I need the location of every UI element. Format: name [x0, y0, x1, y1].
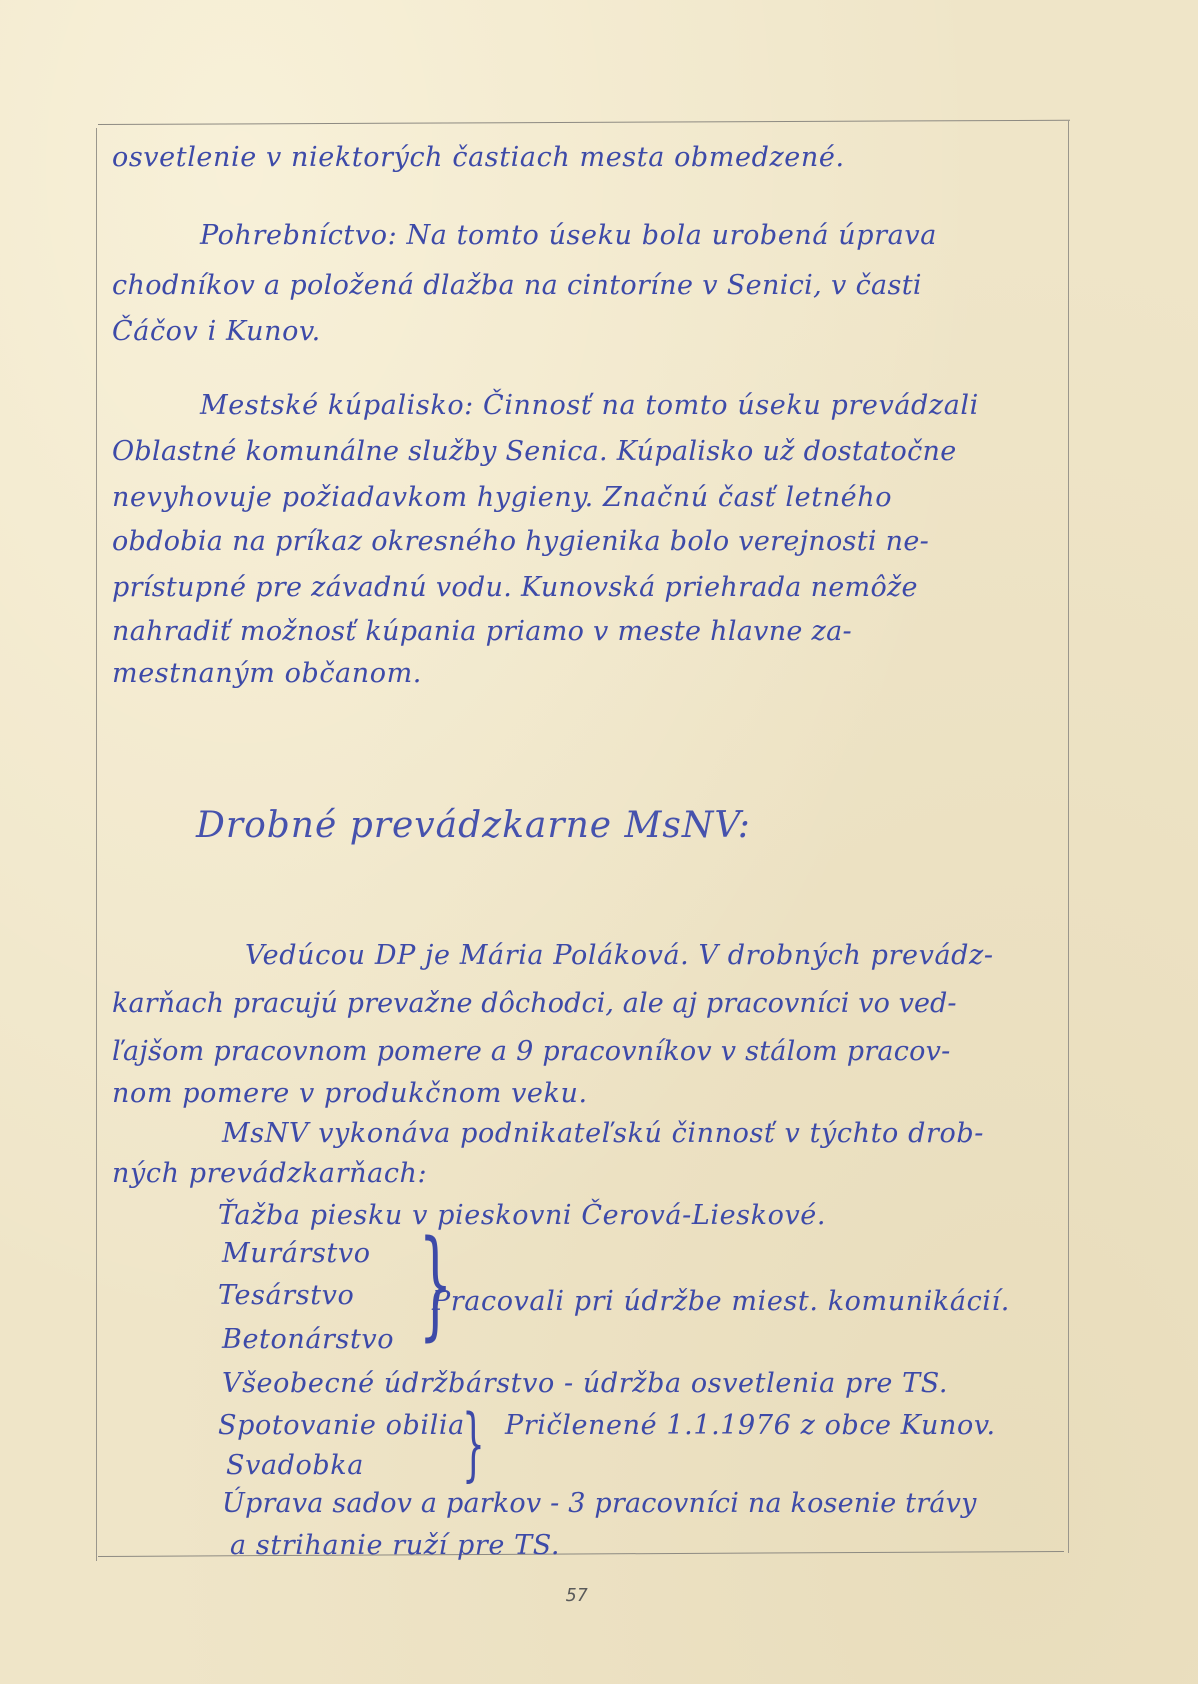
frame-right-rule — [1068, 121, 1069, 1553]
curly-brace-icon: } — [419, 1224, 453, 1342]
text-line: MsNV vykonáva podnikateľskú činnosť v tý… — [222, 1120, 984, 1147]
text-line: osvetlenie v niektorých častiach mesta o… — [112, 144, 845, 171]
list-item: Všeobecné údržbárstvo - údržba osvetleni… — [222, 1370, 948, 1397]
frame-top-rule — [98, 120, 1070, 125]
text-line: chodníkov a položená dlažba na cintoríne… — [112, 272, 922, 299]
list-item: Spotovanie obilia — [218, 1412, 465, 1439]
frame-left-rule — [96, 128, 97, 1561]
text-line: ľajšom pracovnom pomere a 9 pracovníkov … — [112, 1038, 951, 1065]
group-note: Pracovali pri údržbe miest. komunikácií. — [432, 1288, 1010, 1315]
text-line: nom pomere v produkčnom veku. — [112, 1080, 588, 1107]
text-line: karňach pracujú prevažne dôchodci, ale a… — [112, 990, 957, 1017]
text-line: Vedúcou DP je Mária Poláková. V drobných… — [245, 942, 994, 969]
section-heading: Drobné prevádzkarne MsNV: — [196, 808, 751, 844]
list-item: Betonárstvo — [222, 1326, 394, 1353]
text-line: mestnaným občanom. — [112, 660, 422, 687]
text-line: obdobia na príkaz okresného hygienika bo… — [112, 528, 929, 555]
text-line: Čáčov i Kunov. — [112, 318, 321, 345]
list-item: Murárstvo — [222, 1240, 371, 1267]
list-item: Tesárstvo — [218, 1282, 354, 1309]
text-line: ných prevádzkarňach: — [112, 1160, 427, 1187]
list-item: Ťažba piesku v pieskovni Čerová-Lieskové… — [218, 1202, 826, 1229]
text-line: nahradiť možnosť kúpania priamo v meste … — [112, 618, 852, 645]
text-line: Oblastné komunálne služby Senica. Kúpali… — [112, 438, 957, 465]
text-line: Pohrebníctvo: Na tomto úseku bola uroben… — [200, 222, 937, 249]
list-item: Svadobka — [226, 1452, 364, 1479]
text-line: nevyhovuje požiadavkom hygieny. Značnú č… — [112, 484, 892, 511]
list-item: a strihanie ruží pre TS. — [230, 1532, 560, 1559]
page-number: 57 — [566, 1585, 588, 1606]
text-line: prístupné pre závadnú vodu. Kunovská pri… — [112, 574, 918, 601]
curly-brace-icon: } — [462, 1404, 485, 1484]
text-line: Mestské kúpalisko: Činnosť na tomto úsek… — [200, 392, 979, 419]
chronicle-page: osvetlenie v niektorých častiach mesta o… — [0, 0, 1198, 1684]
list-item: Úprava sadov a parkov - 3 pracovníci na … — [222, 1490, 977, 1517]
group-note: Pričlenené 1.1.1976 z obce Kunov. — [505, 1412, 996, 1439]
